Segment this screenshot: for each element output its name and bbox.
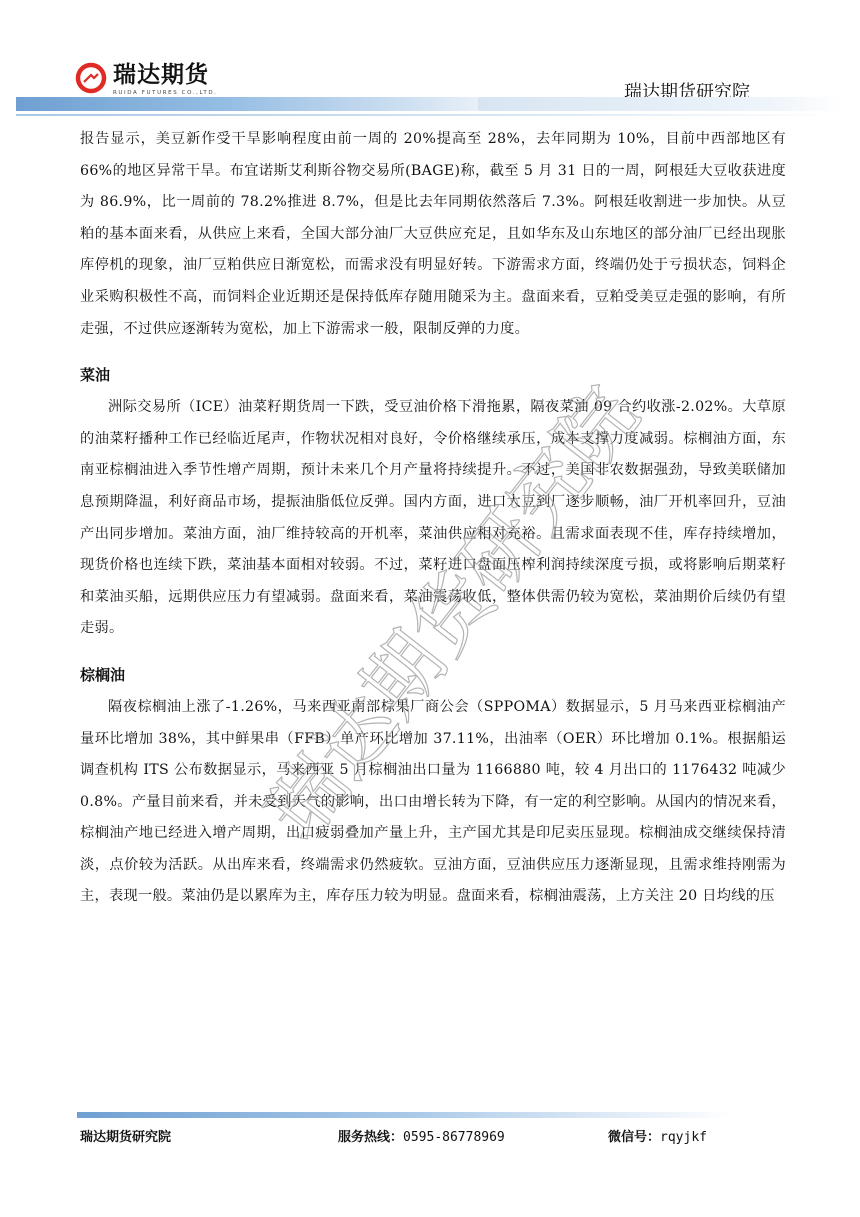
logo-chinese-name: 瑞达期货 xyxy=(113,62,218,88)
header-divider-bar xyxy=(16,97,478,111)
wechat-label: 微信号： xyxy=(608,1130,660,1145)
footer-org-name: 瑞达期货研究院 xyxy=(80,1126,171,1145)
ruida-logo-icon xyxy=(75,62,107,94)
section-title-palm-oil: 棕榈油 xyxy=(80,664,786,686)
footer-divider-bar xyxy=(77,1112,732,1118)
wechat-id: rqyjkf xyxy=(660,1130,707,1145)
paragraph-soymeal: 报告显示，美豆新作受干旱影响程度由前一周的 20%提高至 28%，去年同期为 1… xyxy=(80,124,786,345)
document-body: 报告显示，美豆新作受干旱影响程度由前一周的 20%提高至 28%，去年同期为 1… xyxy=(80,124,786,913)
section-title-rapeseed-oil: 菜油 xyxy=(80,364,786,386)
company-logo: 瑞达期货 RUIDA FUTURES CO.,LTD. xyxy=(75,62,218,97)
header-divider-bar-fade xyxy=(478,97,840,111)
header-divider-line xyxy=(16,114,840,116)
hotline-number: 0595-86778969 xyxy=(403,1130,505,1145)
footer-hotline: 服务热线：0595-86778969 xyxy=(338,1126,505,1145)
page-header: 瑞达期货 RUIDA FUTURES CO.,LTD. 瑞达期货研究院 xyxy=(0,0,860,120)
footer-wechat: 微信号：rqyjkf xyxy=(608,1126,707,1145)
page-footer: 瑞达期货研究院 服务热线：0595-86778969 微信号：rqyjkf xyxy=(80,1126,780,1146)
paragraph-rapeseed-oil: 洲际交易所（ICE）油菜籽期货周一下跌，受豆油价格下滑拖累，隔夜菜油 09 合约… xyxy=(80,392,786,645)
paragraph-palm-oil: 隔夜棕榈油上涨了-1.26%，马来西亚南部棕果厂商公会（SPPOMA）数据显示，… xyxy=(80,692,786,913)
logo-english-name: RUIDA FUTURES CO.,LTD. xyxy=(113,89,218,97)
hotline-label: 服务热线： xyxy=(338,1130,403,1145)
